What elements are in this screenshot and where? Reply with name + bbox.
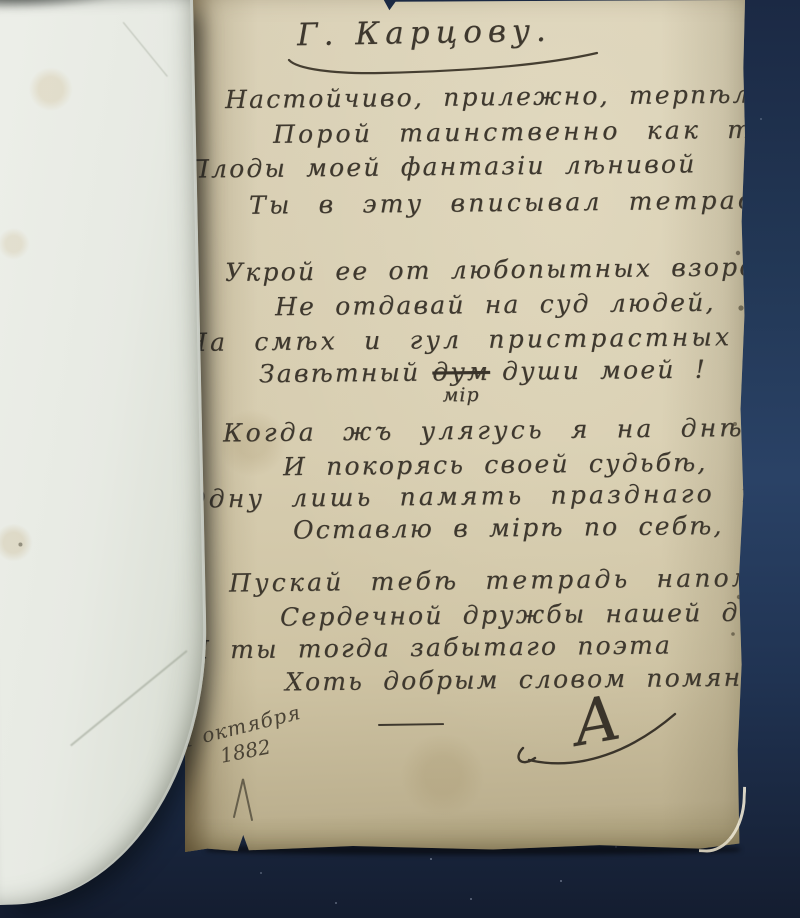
poem-line: Не отдавай на суд людей, bbox=[275, 288, 716, 322]
poem-line: Хоть добрым словом помяни bbox=[285, 663, 761, 697]
correction-group: думмір bbox=[432, 357, 490, 387]
paper-crease bbox=[122, 22, 167, 77]
poem-line: Сердечной дружбы нашей дни, bbox=[280, 597, 787, 631]
paper-crease bbox=[70, 650, 187, 746]
poem-line: Порой таинственно как тать bbox=[273, 114, 800, 149]
title-underline-flourish bbox=[289, 53, 597, 73]
poem-line: Ты в эту вписывал тетрадь bbox=[249, 185, 774, 219]
poem-line: Когда жъ улягусь я на днѣ могилы bbox=[223, 412, 800, 448]
poem-line: Плоды моей фантазіи лѣнивой bbox=[187, 149, 697, 183]
photo-scene: Г. Карцову. Настойчиво, прилежно, терпѣл… bbox=[0, 0, 800, 918]
poem-line: И ты тогда забытаго поэта bbox=[187, 630, 672, 664]
poem-line: Одну лишь память празднаго кутилы bbox=[185, 477, 800, 513]
date-block: 1 октября 1882 bbox=[179, 700, 310, 778]
struck-out-word: дум bbox=[432, 357, 490, 387]
poem-line: И покорясь своей судьбѣ, bbox=[283, 448, 708, 481]
dedication-title: Г. Карцову. bbox=[297, 13, 552, 53]
poem-line: Пускай тебѣ тетрадь напомнит эта bbox=[229, 561, 800, 597]
line-text-before-correction: Завѣтный bbox=[259, 358, 421, 389]
poem-line: Оставлю в мірѣ по себѣ, — bbox=[293, 511, 770, 545]
paper-tear-mark bbox=[234, 779, 252, 820]
top-corner-shadow bbox=[0, 0, 133, 11]
inserted-word: мір bbox=[442, 384, 479, 406]
poem-line: Настойчиво, прилежно, терпѣливо, bbox=[225, 79, 800, 114]
turned-blank-page bbox=[0, 0, 212, 905]
poem-line: Укрой ее от любопытных взоров, bbox=[225, 252, 784, 287]
poem-line: На смѣх и гул пристрастных приговоров bbox=[185, 320, 800, 357]
separator-dash: — bbox=[374, 705, 449, 741]
dust-specks bbox=[430, 858, 432, 860]
manuscript-page: Г. Карцову. Настойчиво, прилежно, терпѣл… bbox=[185, 0, 745, 852]
poem-line-with-correction: Завѣтныйдуммірдуши моей ! bbox=[259, 355, 707, 389]
paper-fleck bbox=[18, 542, 22, 546]
line-text-after-correction: души моей ! bbox=[502, 355, 707, 386]
